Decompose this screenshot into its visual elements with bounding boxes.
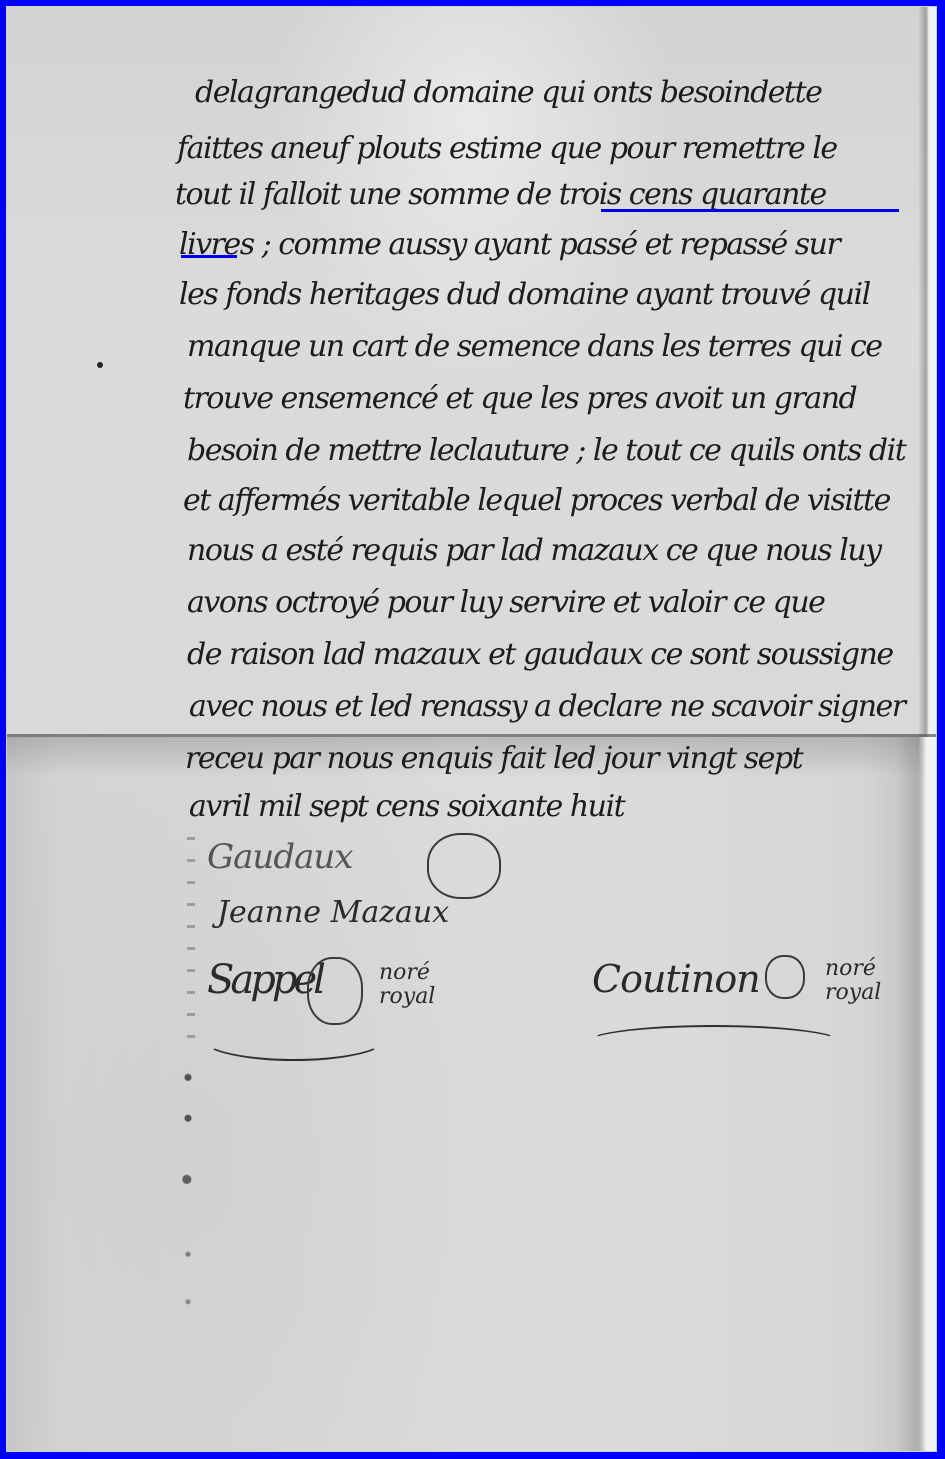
role-line: royal	[825, 981, 881, 1005]
signature-flourish	[587, 1025, 841, 1059]
signature-jeanne-mazaux: Jeanne Mazaux	[217, 895, 449, 930]
manuscript-line: delagrangedud domaine qui onts besoindet…	[195, 75, 821, 110]
notary-role-left: noré royal	[379, 961, 435, 1009]
manuscript-line: avons octroyé pour luy servire et valoir…	[187, 585, 824, 620]
highlight-underline	[181, 255, 237, 258]
paraph-flourish	[765, 955, 805, 999]
manuscript-line: trouve ensemencé et que les pres avoit u…	[183, 381, 856, 416]
manuscript-line: de raison lad mazaux et gaudaux ce sont …	[187, 637, 893, 672]
paraph-flourish	[427, 833, 501, 899]
ink-dot	[97, 362, 103, 368]
manuscript-line: avril mil sept cens soixante huit	[189, 789, 624, 824]
document-frame: delagrangedud domaine qui onts besoindet…	[6, 6, 937, 1452]
margin-marks-lower	[182, 1057, 194, 1397]
manuscript-line: livres ; comme aussy ayant passé et repa…	[179, 227, 839, 262]
role-line: royal	[379, 985, 435, 1009]
manuscript-line: receu par nous enquis fait led jour ving…	[185, 741, 802, 776]
margin-marks	[187, 837, 195, 1047]
signature-notary-left: Sappel	[207, 957, 322, 1003]
manuscript-line: avec nous et led renassy a declare ne sc…	[189, 689, 905, 724]
upper-folded-sheet	[7, 7, 937, 734]
manuscript-line: et affermés veritable lequel proces verb…	[183, 483, 890, 518]
role-line: noré	[825, 957, 881, 981]
role-line: noré	[379, 961, 435, 985]
paraph-flourish	[307, 957, 363, 1025]
manuscript-line: besoin de mettre leclauture ; le tout ce…	[187, 433, 905, 468]
notary-role-right: noré royal	[825, 957, 881, 1005]
signature-flourish	[202, 1017, 386, 1061]
signature-gaudaux: Gaudaux	[207, 837, 352, 877]
manuscript-line: les fonds heritages dud domaine ayant tr…	[179, 277, 870, 312]
highlight-underline	[601, 209, 899, 212]
manuscript-line: tout il falloit une somme de trois cens …	[175, 177, 826, 212]
signature-coutinon: Coutinon	[592, 957, 760, 1001]
manuscript-line: manque un cart de semence dans les terre…	[187, 329, 882, 364]
manuscript-line: nous a esté requis par lad mazaux ce que…	[187, 533, 881, 568]
manuscript-line: faittes aneuf plouts estime que pour rem…	[177, 131, 837, 166]
lower-right-margin	[896, 737, 936, 1452]
